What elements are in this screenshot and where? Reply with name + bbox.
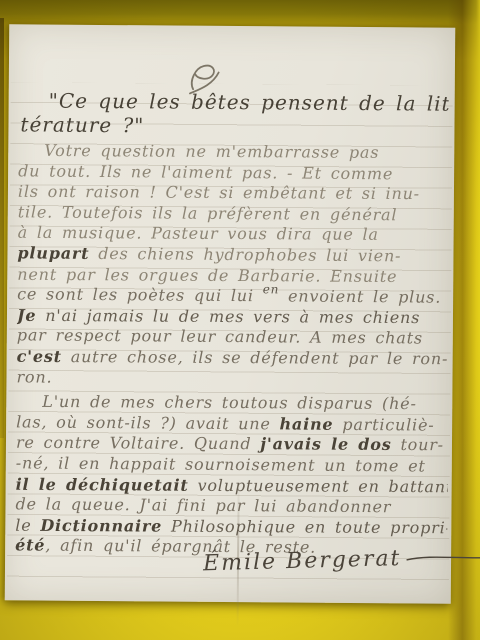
letter-line: re contre Voltaire. Quand j'avais le dos… <box>16 433 448 456</box>
letter-title-line-2: térature ?" <box>20 112 448 139</box>
line-text: -né, il en happait sournoisement un tome… <box>16 453 426 475</box>
letter-paper: "Ce que les bêtes pensent de la lit- tér… <box>5 24 456 603</box>
letter-line: plupart des chiens hydrophobes lui vien- <box>17 243 449 267</box>
line-text: ron. <box>16 367 52 386</box>
line-text: Votre question ne m'embarrasse pas <box>44 141 379 162</box>
letter-line: ron. <box>16 367 448 391</box>
line-text: ils ont raison ! C'est si embêtant et si… <box>18 182 420 203</box>
line-text-bold: été <box>15 536 45 555</box>
letter-line: de la queue. J'ai fini par lui abandonne… <box>15 494 447 518</box>
line-text: L'un de mes chers toutous disparus (hé- <box>42 392 416 413</box>
line-text: ce sont les poètes qui lui <box>17 284 263 305</box>
line-text-bold: Dictionnaire <box>40 516 162 536</box>
line-text: re contre Voltaire. Quand <box>16 433 260 453</box>
line-text-bold: haine <box>279 414 333 433</box>
line-text: tour- <box>392 435 444 454</box>
line-text-bold: j'avais le dos <box>260 434 391 454</box>
background-left-edge <box>0 18 4 438</box>
line-text: n'ai jamais lu de mes vers à mes chiens <box>36 306 420 327</box>
letter-line: -né, il en happait sournoisement un tome… <box>16 453 448 477</box>
line-text: du tout. Ils ne l'aiment pas. - Et comme <box>18 161 393 183</box>
letter-line: ce sont les poètes qui lui en envoient l… <box>17 284 449 308</box>
letter-line: ils ont raison ! C'est si embêtant et si… <box>18 182 450 205</box>
line-text: autre chose, ils se défendent par le ron… <box>62 347 448 368</box>
letter-line: il le déchiquetait voluptueusement en ba… <box>16 474 448 497</box>
line-text: de la queue. J'ai fini par lui abandonne… <box>15 494 391 516</box>
line-text: le <box>15 515 40 534</box>
line-text: nent par les orgues de Barbarie. Ensuite <box>17 264 397 285</box>
line-text: las, où sont-ils ?) avait une <box>16 412 280 433</box>
photo-background: { "photo": { "background_color": "#d9bf1… <box>0 0 480 640</box>
letter-line: c'est autre chose, ils se défendent par … <box>17 347 449 370</box>
line-text: Philosophique en toute propri- <box>162 516 447 537</box>
letter-line: L'un de mes chers toutous disparus (hé- <box>16 392 448 415</box>
letter-line: à la musique. Pasteur vous dira que la <box>18 223 450 246</box>
line-text: des chiens hydrophobes lui vien- <box>89 244 401 265</box>
letter-line: le Dictionnaire Philosophique en toute p… <box>15 515 447 538</box>
letter-line: nent par les orgues de Barbarie. Ensuite <box>17 264 449 287</box>
letter-line: Votre question ne m'embarrasse pas <box>18 141 450 164</box>
letter-body: Votre question ne m'embarrasse pas du to… <box>15 140 450 559</box>
line-text: envoient le plus. <box>279 287 441 307</box>
line-text: par respect pour leur candeur. A mes cha… <box>17 326 423 348</box>
signature-flourish-icon <box>405 547 480 566</box>
signature-name: Émile Bergerat <box>203 546 402 576</box>
line-text: tile. Toutefois ils la préfèrent en géné… <box>18 202 398 224</box>
letter-line: Je n'ai jamais lu de mes vers à mes chie… <box>17 306 449 329</box>
inserted-word: en <box>263 284 280 296</box>
line-text-bold: il le déchiquetait <box>16 474 189 494</box>
line-text: particuliè- <box>333 415 434 435</box>
line-text-bold: c'est <box>17 347 62 366</box>
line-text: à la musique. Pasteur vous dira que la <box>18 223 379 244</box>
line-text: voluptueusement en battant <box>189 475 448 496</box>
letter-title-line-1: "Ce que les bêtes pensent de la lit- <box>21 88 449 115</box>
line-text-bold: Je <box>17 306 36 325</box>
line-text-bold: plupart <box>17 243 89 263</box>
letter-line: par respect pour leur candeur. A mes cha… <box>17 326 449 350</box>
